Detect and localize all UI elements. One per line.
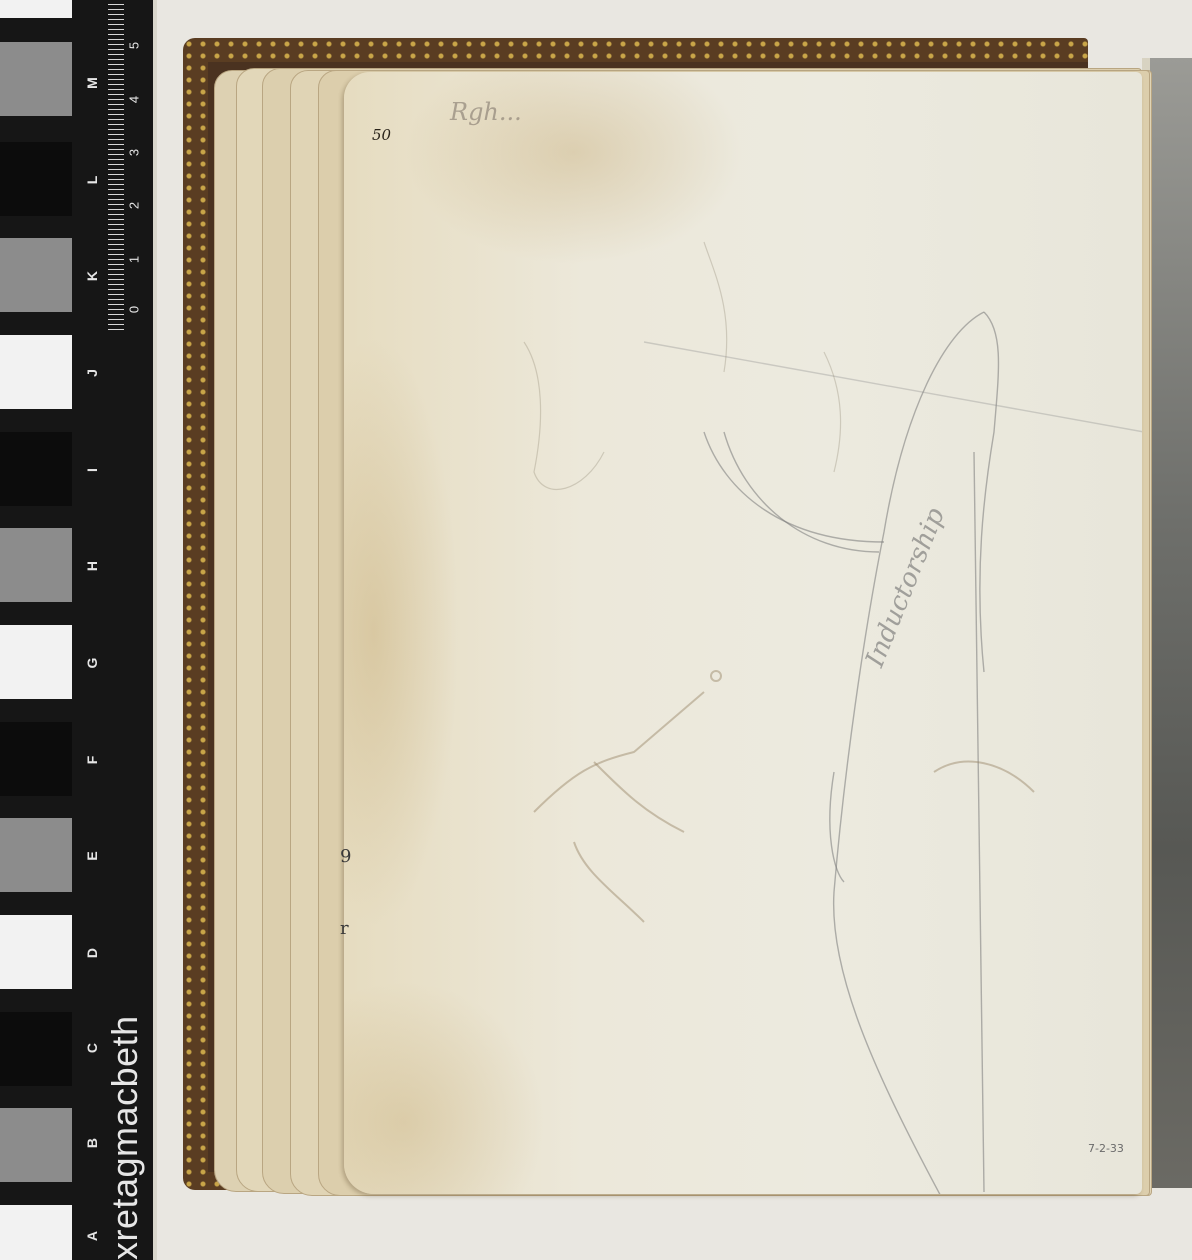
ruler-number-3: 3 — [127, 145, 142, 161]
patch-label-M: M — [84, 73, 100, 93]
patch-label-E: E — [84, 846, 100, 866]
patch-C — [0, 1012, 72, 1086]
patch-I — [0, 432, 72, 506]
patch-A — [0, 1205, 72, 1260]
patch-E — [0, 818, 72, 892]
patch-label-J: J — [84, 363, 100, 383]
patch-B — [0, 1108, 72, 1182]
edge-mark-1: 9 — [340, 846, 351, 867]
ruler-number-5: 5 — [127, 38, 142, 54]
patch-label-A: A — [84, 1226, 100, 1246]
patch-label-D: D — [84, 943, 100, 963]
patch-F — [0, 722, 72, 796]
inventory-number: 7-2-33 — [1088, 1142, 1124, 1155]
patch-label-C: C — [84, 1038, 100, 1058]
patch-M — [0, 42, 72, 116]
patch-H — [0, 528, 72, 602]
patch-label-I: I — [84, 460, 100, 480]
brand-label: xretagmacbeth — [104, 1000, 144, 1260]
patch-L — [0, 142, 72, 216]
ruler-number-4: 4 — [127, 92, 142, 108]
patch-J — [0, 335, 72, 409]
patch-label-B: B — [84, 1133, 100, 1153]
ruler-number-1: 1 — [127, 252, 142, 268]
patch-label-G: G — [84, 653, 100, 673]
ruler-number-2: 2 — [127, 198, 142, 214]
patch-K — [0, 238, 72, 312]
color-calibration-target: A B C D E F G H I J K L M 0 1 2 3 4 5 xr… — [0, 0, 153, 1260]
top-inscription: Rgh... — [450, 98, 522, 126]
ruler-scale — [102, 0, 124, 330]
patch-label-F: F — [84, 750, 100, 770]
edge-mark-2: r — [340, 918, 349, 939]
patch-top — [0, 0, 72, 18]
ruler-number-0: 0 — [127, 302, 142, 318]
pencil-sketch — [344, 72, 1142, 1194]
patch-D — [0, 915, 72, 989]
patch-G — [0, 625, 72, 699]
page-number: 50 — [372, 126, 391, 144]
target-edge — [153, 0, 157, 1260]
patch-label-K: K — [84, 266, 100, 286]
patch-label-H: H — [84, 556, 100, 576]
patch-label-L: L — [84, 170, 100, 190]
